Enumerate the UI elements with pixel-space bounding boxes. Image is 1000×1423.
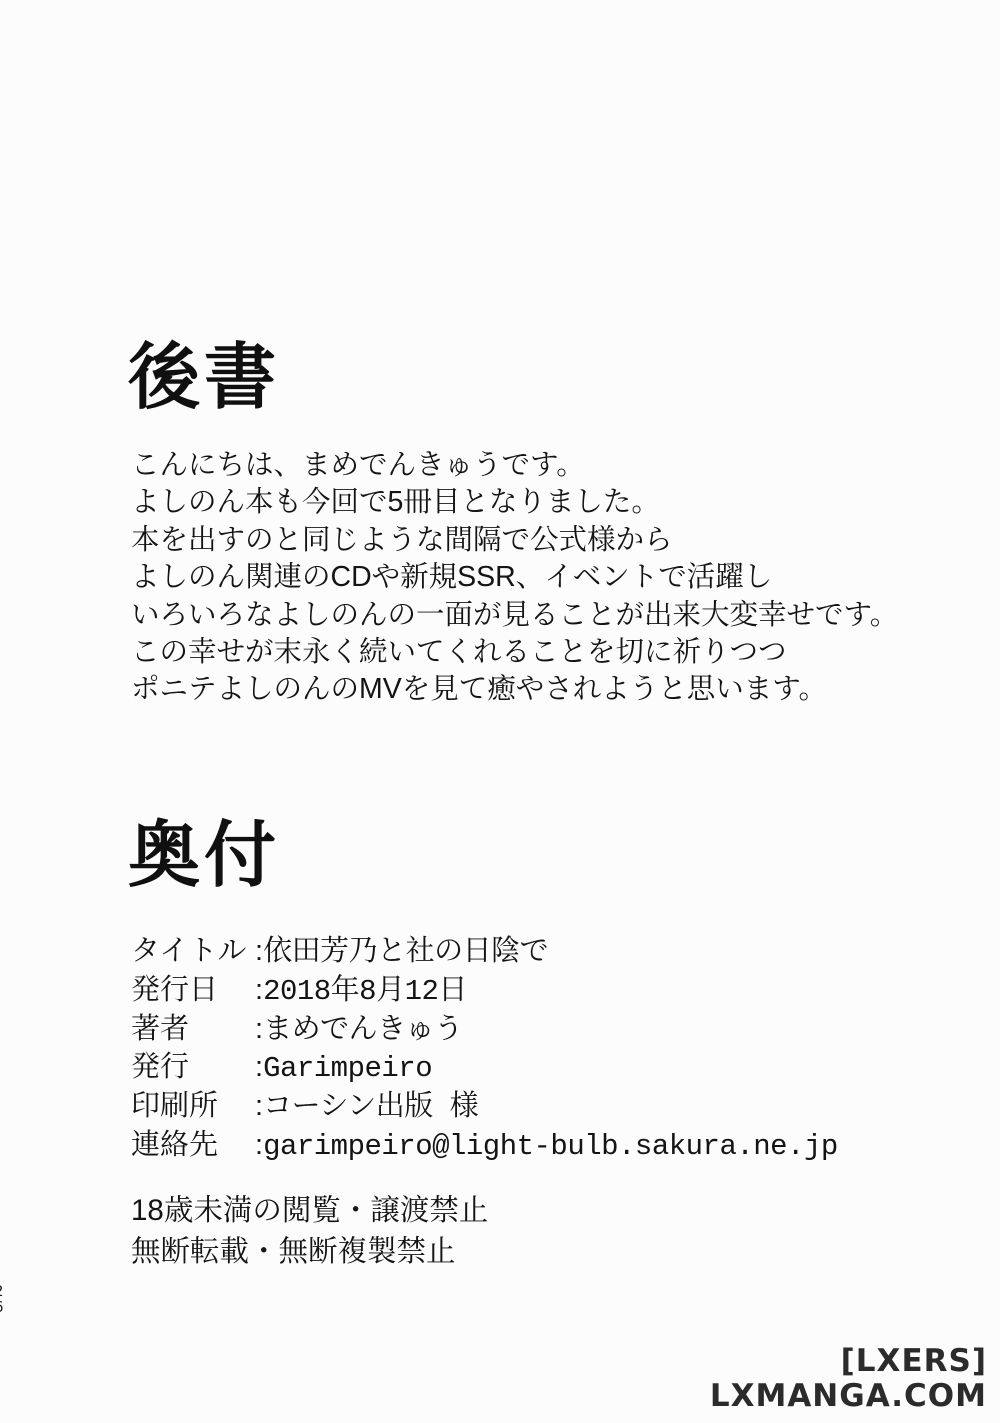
colophon-separator: :: [255, 933, 263, 971]
colophon-value-publisher: Garimpeiro: [263, 1052, 432, 1085]
colophon-row-author: 著者:まめでんきゅう: [131, 1011, 838, 1050]
colophon-row-publisher: 発行:Garimpeiro: [131, 1049, 838, 1088]
colophon-row-title: タイトル:依田芳乃と社の日陰で: [131, 933, 838, 972]
watermark: [LXERS] LXMANGA.COM: [710, 1344, 987, 1414]
afterword-text: こんにちは、まめでんきゅうです。 よしのん本も今回で5冊目となりました。 本を出…: [131, 447, 898, 709]
colophon-label: 印刷所: [131, 1088, 255, 1126]
colophon-value-contact-email: garimpeiro@light-bulb.sakura.ne.jp: [263, 1130, 838, 1163]
scan-page: 後書 こんにちは、まめでんきゅうです。 よしのん本も今回で5冊目となりました。 …: [0, 0, 1000, 1423]
colophon-separator: :: [255, 1088, 263, 1126]
colophon-row-contact: 連絡先:garimpeiro@light-bulb.sakura.ne.jp: [131, 1127, 838, 1166]
page-number: 26: [0, 1284, 5, 1315]
notice-no-reproduction: 無断転載・無断複製禁止: [131, 1232, 488, 1273]
restriction-notices: 18歳未満の閲覧・譲渡禁止 無断転載・無断複製禁止: [131, 1191, 488, 1272]
afterword-line: 本を出すのと同じような間隔で公式様から: [131, 522, 898, 559]
colophon-separator: :: [255, 1049, 263, 1087]
colophon-value-title: 依田芳乃と社の日陰で: [263, 936, 548, 969]
colophon-label: タイトル: [131, 933, 255, 971]
colophon-separator: :: [255, 1011, 263, 1049]
colophon-value-publish-date: 2018年8月12日: [263, 975, 467, 1008]
afterword-line: よしのん本も今回で5冊目となりました。: [131, 484, 898, 521]
colophon-value-printer: コーシン出版 様: [263, 1091, 478, 1124]
notice-age-restriction: 18歳未満の閲覧・譲渡禁止: [131, 1191, 488, 1232]
colophon-table: タイトル:依田芳乃と社の日陰で 発行日:2018年8月12日 著者:まめでんきゅ…: [131, 933, 838, 1166]
colophon-separator: :: [255, 1127, 263, 1165]
colophon-value-author: まめでんきゅう: [263, 1014, 463, 1047]
colophon-row-printer: 印刷所:コーシン出版 様: [131, 1088, 838, 1127]
colophon-heading: 奥付: [128, 820, 280, 892]
colophon-label: 発行: [131, 1049, 255, 1087]
afterword-line: ポニテよしのんのMVを見て癒やされようと思います。: [131, 671, 898, 708]
colophon-row-publish-date: 発行日:2018年8月12日: [131, 972, 838, 1011]
watermark-group-name: [LXERS]: [710, 1344, 987, 1379]
afterword-line: いろいろなよしのんの一面が見ることが出来大変幸せです。: [131, 597, 898, 634]
colophon-label: 連絡先: [131, 1127, 255, 1165]
watermark-site-name: LXMANGA.COM: [710, 1379, 987, 1414]
colophon-separator: :: [255, 972, 263, 1010]
colophon-label: 著者: [131, 1011, 255, 1049]
afterword-line: よしのん関連のCDや新規SSR、イベントで活躍し: [131, 559, 898, 596]
afterword-heading: 後書: [128, 342, 280, 414]
colophon-label: 発行日: [131, 972, 255, 1010]
afterword-line: こんにちは、まめでんきゅうです。: [131, 447, 898, 484]
afterword-line: この幸せが末永く続いてくれることを切に祈りつつ: [131, 634, 898, 671]
